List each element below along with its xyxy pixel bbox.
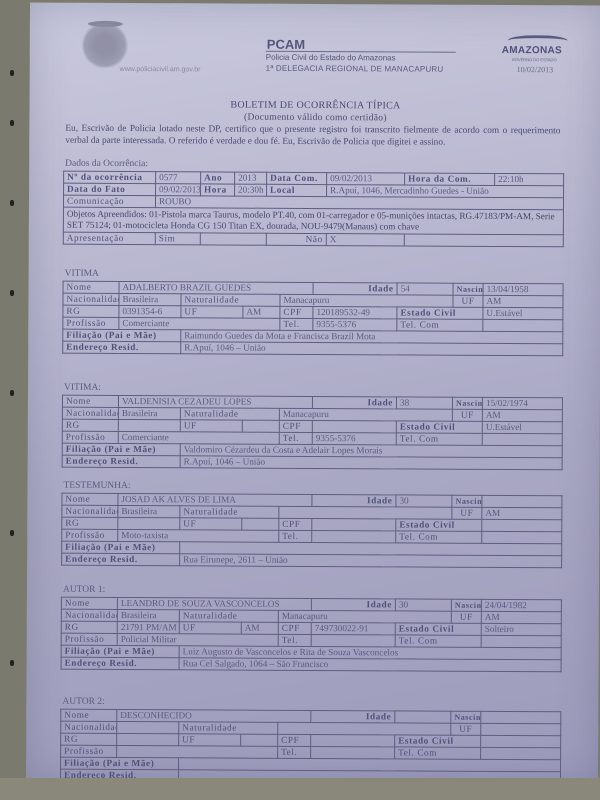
value-cpf xyxy=(312,518,396,530)
value-uf: AM xyxy=(483,295,563,307)
label-rg: RG xyxy=(61,733,117,745)
label-endereco: Endereço Resid. xyxy=(61,657,179,670)
label-uf: UF xyxy=(452,507,482,519)
label-rg: RG xyxy=(62,419,118,431)
section-ocorrencia: Dados da Ocorrência: xyxy=(65,159,148,169)
value-nome: JOSAD AK ALVES DE LIMA xyxy=(118,493,312,506)
value-uf-rg: AM xyxy=(243,306,280,318)
label-profissao: Profissão xyxy=(62,431,118,443)
value-idade: 38 xyxy=(396,397,452,409)
label-profissao: Profissão xyxy=(62,529,118,541)
value-nome: DESCONHECIDO xyxy=(117,709,311,722)
label-uf-rg: UF xyxy=(179,734,241,746)
label-idade: Idade xyxy=(312,494,396,506)
value-data-fato: 09/02/2013 xyxy=(156,184,201,196)
label-rg: RG xyxy=(63,305,119,317)
value-nascimento: 13/04/1958 xyxy=(483,283,563,295)
value-tel-com xyxy=(481,747,561,759)
value-uf-rg xyxy=(242,420,279,432)
label-nascimento: Nascimento xyxy=(451,711,481,723)
label-idade: Idade xyxy=(313,282,397,294)
label-tel-com: Tel. Com xyxy=(396,433,482,445)
certification-text: Eu, Escrivão de Policia lotado neste DP,… xyxy=(65,124,560,150)
label-comunicacao: Comunicação xyxy=(63,195,155,207)
value-nome: ADALBERTO BRAZIL GUEDES xyxy=(119,281,313,294)
label-apresentacao: Apresentação xyxy=(63,232,155,244)
label-tel-com: Tel. Com xyxy=(396,531,482,543)
value-ano: 2013 xyxy=(235,172,267,184)
value-sim xyxy=(200,233,266,245)
value-nascimento: 24/04/1982 xyxy=(481,599,561,611)
label-naturalidade: Naturalidade xyxy=(181,294,280,307)
label-nascimento: Nascimento xyxy=(451,599,481,611)
value-estado-civil xyxy=(481,735,561,747)
value-rg xyxy=(118,517,180,529)
police-report-document: www.policiacivil.am.gov.br PCAM Policia … xyxy=(26,3,600,784)
value-profissao: Comerciante xyxy=(119,317,280,330)
label-tel: Tel. xyxy=(280,318,313,330)
value-nacionalidade: Brasileira xyxy=(117,609,179,621)
value-estado-civil: Solteiro xyxy=(481,623,561,635)
label-tel-com: Tel. Com xyxy=(395,635,481,647)
label-naturalidade: Naturalidade xyxy=(179,722,278,735)
value-profissao: Moto-taxista xyxy=(118,529,279,542)
label-sim: Sim xyxy=(155,233,200,245)
label-tel: Tel. xyxy=(279,432,312,444)
value-tel xyxy=(311,746,395,758)
person-section-label: VITIMA: xyxy=(64,383,101,393)
label-rg: RG xyxy=(61,621,117,633)
label-nome: Nome xyxy=(62,493,118,505)
table-row: Endereço Resid. Rua Cel Salgado, 1064 – … xyxy=(61,657,561,672)
person-section-label: TESTEMUNHA: xyxy=(63,481,130,491)
label-filiacao: Filiação (Pai e Mãe) xyxy=(61,645,179,658)
label-data-fato: Data do Fato xyxy=(64,183,156,195)
value-endereco: Rua Cel Salgado, 1064 – São Francisco xyxy=(179,658,561,672)
label-tel: Tel. xyxy=(278,634,311,646)
value-endereco: R.Apuí, 1046 – União xyxy=(181,342,563,356)
ocorrencia-table: Nº da ocorrência 0577 Ano 2013 Data Com.… xyxy=(63,171,564,248)
label-tel-com: Tel. Com xyxy=(395,747,481,759)
label-nacionalidade: Nacionalidade xyxy=(62,505,118,517)
background-floor xyxy=(0,778,600,800)
value-profissao xyxy=(117,745,278,758)
label-cpf: CPF xyxy=(279,420,312,432)
value-idade: 30 xyxy=(395,599,451,611)
state-logo-sub: GOVERNO DO ESTADO xyxy=(512,57,557,62)
value-nacionalidade: Brasileira xyxy=(119,293,181,305)
value-idade: 30 xyxy=(396,495,452,507)
value-objetos: Objetos Apreendidos: 01-Pistola marca Ta… xyxy=(63,207,563,235)
table-row: Apresentação Sim Não X xyxy=(63,232,563,247)
label-hora-com: Hora da Com. xyxy=(405,173,495,185)
label-tel: Tel. xyxy=(278,746,311,758)
label-rg: RG xyxy=(62,517,118,529)
label-profissao: Profissão xyxy=(61,633,117,645)
label-estado-civil: Estado Civil xyxy=(397,307,483,319)
label-numero: Nº da ocorrência xyxy=(64,171,156,183)
label-nascimento: Nascimento xyxy=(452,495,482,507)
org-full-name: Policia Civil do Estado do Amazonas xyxy=(266,53,396,63)
label-nacionalidade: Nacionalidade xyxy=(63,293,119,305)
value-idade xyxy=(395,711,451,723)
label-nacionalidade: Nacionalidade xyxy=(62,407,118,419)
label-naturalidade: Naturalidade xyxy=(180,506,279,519)
value-uf-rg xyxy=(241,734,278,746)
value-nacionalidade: Brasileira xyxy=(118,407,180,419)
person-table: Nome ADALBERTO BRAZIL GUEDES Idade 54 Na… xyxy=(62,281,563,357)
person-section-label: AUTOR 2: xyxy=(62,697,104,707)
value-tel-com xyxy=(482,531,562,543)
value-estado-civil xyxy=(482,519,562,531)
value-endereco: R.Apuí, 1046 – União xyxy=(180,456,562,470)
value-naturalidade: Manacapuru xyxy=(280,294,453,307)
value-cpf: 120189532-49 xyxy=(313,306,397,318)
value-tel: 9355-5376 xyxy=(312,432,396,444)
person-section-label: AUTOR 1: xyxy=(63,585,105,595)
value-estado-civil: U.Estável xyxy=(482,421,562,433)
label-filiacao: Filiação (Pai e Mãe) xyxy=(62,541,180,554)
label-ano: Ano xyxy=(201,172,235,184)
value-tel-com xyxy=(481,635,561,647)
org-short-name: PCAM xyxy=(267,37,305,52)
person-table: Nome LEANDRO DE SOUZA VASCONCELOS Idade … xyxy=(61,597,562,673)
label-endereco: Endereço Resid. xyxy=(62,553,180,566)
table-row: Endereço Resid. Rua Eirunepe, 2611 – Uni… xyxy=(62,553,562,568)
header-date: 10/02/2013 xyxy=(517,65,553,74)
value-numero: 0577 xyxy=(156,172,201,184)
label-uf: UF xyxy=(452,409,482,421)
label-hora: Hora xyxy=(201,184,235,196)
value-naturalidade: Manacapuru xyxy=(279,408,452,421)
table-row: Objetos Apreendidos: 01-Pistola marca Ta… xyxy=(63,207,563,235)
value-hora-com: 22:10h xyxy=(495,173,564,185)
label-uf-rg: UF xyxy=(180,420,242,432)
value-rg: 21791 PM/AM xyxy=(117,621,179,633)
value-uf-rg: AM xyxy=(241,622,278,634)
binder-holes xyxy=(4,60,24,760)
table-row: Endereço Resid. R.Apuí, 1046 – União xyxy=(62,455,562,470)
value-endereco: Rua Eirunepe, 2611 – União xyxy=(180,554,562,568)
label-nome: Nome xyxy=(61,597,117,609)
value-tel-com xyxy=(483,319,563,331)
label-naturalidade: Naturalidade xyxy=(179,610,278,623)
value-tel-com xyxy=(482,433,562,445)
label-profissao: Profissão xyxy=(63,317,119,329)
value-uf-rg xyxy=(242,518,279,530)
value-uf: AM xyxy=(482,507,562,519)
label-cpf: CPF xyxy=(278,734,311,746)
value-uf xyxy=(481,723,561,735)
coat-of-arms-icon xyxy=(80,23,130,68)
value-tel xyxy=(312,530,396,542)
value-tel xyxy=(311,634,395,646)
value-estado-civil: U.Estável xyxy=(483,307,563,319)
label-estado-civil: Estado Civil xyxy=(395,735,481,747)
label-endereco: Endereço Resid. xyxy=(62,455,180,468)
value-hora: 20:30h xyxy=(235,184,267,196)
label-filiacao: Filiação (Pai e Mãe) xyxy=(61,757,179,770)
website-url: www.policiacivil.am.gov.br xyxy=(120,66,201,73)
value-cpf: 749730022-91 xyxy=(311,622,395,634)
label-uf-rg: UF xyxy=(179,622,241,634)
value-nascimento xyxy=(481,711,561,723)
label-nome: Nome xyxy=(61,709,117,721)
label-estado-civil: Estado Civil xyxy=(396,519,482,531)
document-subtitle: (Documento válido como certidão) xyxy=(29,112,600,125)
label-cpf: CPF xyxy=(279,518,312,530)
value-profissao: Policial Militar xyxy=(117,633,278,646)
state-logo: AMAZONAS xyxy=(502,45,562,56)
label-local: Local xyxy=(267,184,327,196)
value-idade: 54 xyxy=(397,283,453,295)
value-naturalidade xyxy=(279,506,452,519)
label-uf: UF xyxy=(451,723,481,735)
document-title: BOLETIM DE OCORRÊNCIA TÍPICA xyxy=(29,99,600,113)
label-uf-rg: UF xyxy=(180,518,242,530)
label-data-com: Data Com. xyxy=(267,172,327,184)
value-rg xyxy=(117,733,179,745)
person-table: Nome DESCONHECIDO Idade Nascimento Nacio… xyxy=(60,709,561,785)
table-row: Endereço Resid. R.Apuí, 1046 – União xyxy=(63,341,563,356)
value-data-com: 09/02/2013 xyxy=(327,173,405,185)
label-nascimento: Nascimento xyxy=(453,283,483,295)
label-tel: Tel. xyxy=(279,530,312,542)
value-nascimento: 15/02/1974 xyxy=(482,397,562,409)
value-naturalidade xyxy=(278,722,451,735)
label-uf: UF xyxy=(451,611,481,623)
value-uf: AM xyxy=(482,409,562,421)
value-cpf xyxy=(311,734,395,746)
person-table: Nome VALDENISIA CEZADEU LOPES Idade 38 N… xyxy=(62,395,563,471)
value-profissao: Comerciante xyxy=(118,431,279,444)
value-nascimento xyxy=(482,495,562,507)
label-idade: Idade xyxy=(312,396,396,408)
label-endereco: Endereço Resid. xyxy=(63,341,181,354)
label-idade: Idade xyxy=(311,710,395,722)
document-header: www.policiacivil.am.gov.br PCAM Policia … xyxy=(30,3,600,86)
label-uf-rg: UF xyxy=(181,306,243,318)
label-filiacao: Filiação (Pai e Mãe) xyxy=(62,443,180,456)
person-section-label: VITIMA xyxy=(65,269,99,279)
label-estado-civil: Estado Civil xyxy=(395,623,481,635)
label-nome: Nome xyxy=(62,395,118,407)
label-tel-com: Tel. Com xyxy=(397,319,483,331)
label-nacionalidade: Nacionalidade xyxy=(61,609,117,621)
value-nao: X xyxy=(326,234,404,246)
label-idade: Idade xyxy=(311,598,395,610)
label-filiacao: Filiação (Pai e Mãe) xyxy=(63,329,181,342)
value-rg xyxy=(118,419,180,431)
label-nacionalidade: Nacionalidade xyxy=(61,721,117,733)
value-cpf xyxy=(312,420,396,432)
delegacia-name: 1ª DELEGACIA REGIONAL DE MANACAPURU xyxy=(266,64,444,74)
label-nascimento: Nascimento xyxy=(452,397,482,409)
value-nome: VALDENISIA CEZADEU LOPES xyxy=(118,395,312,408)
label-profissao: Profissão xyxy=(61,745,117,757)
label-uf: UF xyxy=(453,295,483,307)
label-cpf: CPF xyxy=(280,306,313,318)
value-tel: 9355-5376 xyxy=(313,318,397,330)
label-nome: Nome xyxy=(63,281,119,293)
label-estado-civil: Estado Civil xyxy=(396,421,482,433)
value-local: R.Apuí, 1046, Mercadinho Guedes - União xyxy=(327,185,564,198)
value-rg: 0391354-6 xyxy=(119,305,181,317)
label-naturalidade: Naturalidade xyxy=(180,408,279,421)
label-nao: Não xyxy=(266,233,326,245)
value-uf: AM xyxy=(481,611,561,623)
value-nacionalidade: Brasileira xyxy=(118,505,180,517)
value-nome: LEANDRO DE SOUZA VASCONCELOS xyxy=(117,597,311,610)
label-cpf: CPF xyxy=(278,622,311,634)
person-table: Nome JOSAD AK ALVES DE LIMA Idade 30 Nas… xyxy=(61,493,562,569)
value-nacionalidade xyxy=(117,721,179,733)
value-naturalidade: Manacapuru xyxy=(278,610,451,623)
